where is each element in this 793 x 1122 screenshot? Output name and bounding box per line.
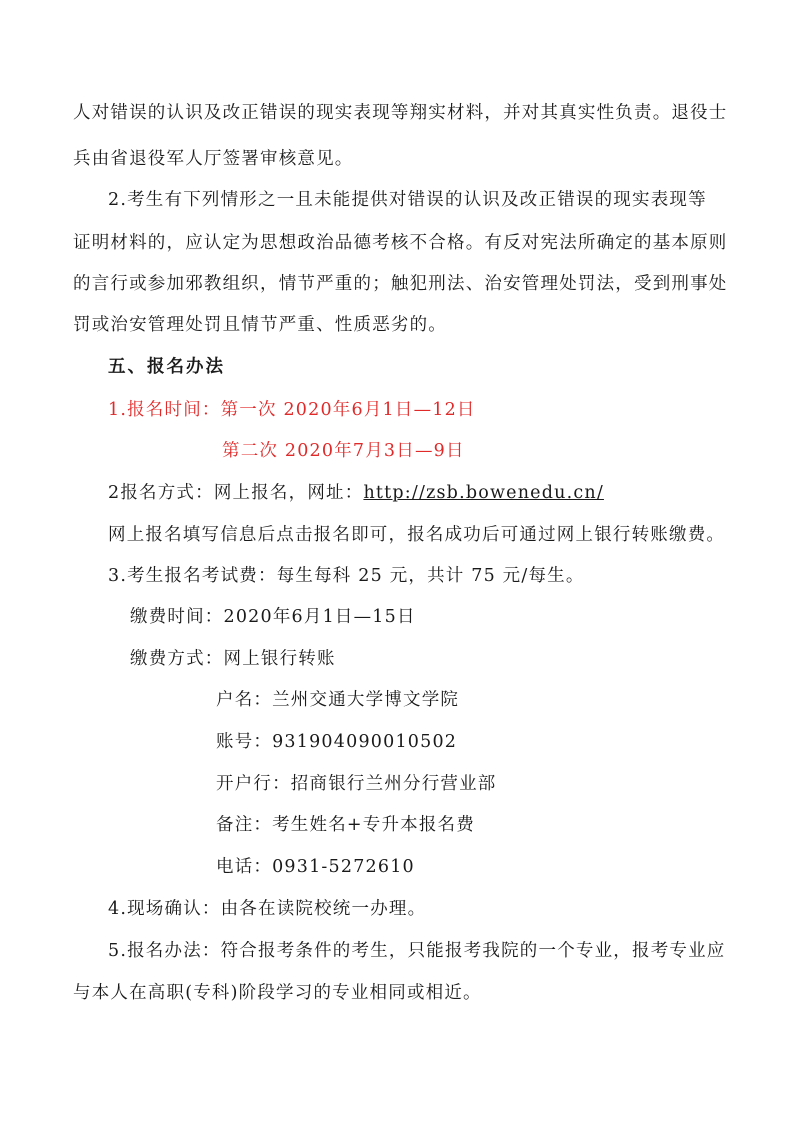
registration-time-first: 1.报名时间：第一次 2020年6月1日—12日 [108,398,476,422]
contact-phone: 电话：0931-5272610 [216,855,415,879]
payment-time: 缴费时间：2020年6月1日—15日 [130,605,416,629]
paragraph-line: 的言行或参加邪教组织，情节严重的；触犯刑法、治安管理处罚法，受到刑事处 [73,272,728,296]
method-line: 5.报名办法：符合报考条件的考生，只能报考我院的一个专业，报考专业应 [108,939,726,963]
registration-method-label: 2报名方式：网上报名，网址： [108,483,363,503]
document-page: 人对错误的认识及改正错误的现实表现等翔实材料，并对其真实性负责。退役士 兵由省退… [0,0,793,1122]
fee-line: 3.考生报名考试费：每生每科 25 元，共计 75 元/每生。 [108,564,585,588]
paragraph-line: 2.考生有下列情形之一且未能提供对错误的认识及改正错误的现实表现等 [108,188,707,212]
registration-note: 网上报名填写信息后点击报名即可，报名成功后可通过网上银行转账缴费。 [108,523,725,547]
registration-url-link[interactable]: http://zsb.bowenedu.cn/ [363,483,604,503]
method-line: 与本人在高职(专科)阶段学习的专业相同或相近。 [73,981,482,1005]
account-number: 账号：931904090010502 [216,730,457,754]
paragraph-line: 人对错误的认识及改正错误的现实表现等翔实材料，并对其真实性负责。退役士 [73,101,728,125]
registration-method: 2报名方式：网上报名，网址：http://zsb.bowenedu.cn/ [108,481,604,505]
account-name: 户名：兰州交通大学博文学院 [216,688,459,712]
bank-name: 开户行：招商银行兰州分行营业部 [216,772,497,796]
paragraph-line: 证明材料的，应认定为思想政治品德考核不合格。有反对宪法所确定的基本原则 [73,231,728,255]
paragraph-line: 罚或治安管理处罚且情节严重、性质恶劣的。 [73,313,447,337]
section-title: 五、报名办法 [108,355,225,379]
payment-method: 缴费方式：网上银行转账 [130,647,336,671]
paragraph-line: 兵由省退役军人厅签署审核意见。 [73,147,354,171]
payment-remark: 备注：考生姓名+专升本报名费 [216,813,475,837]
registration-time-second: 第二次 2020年7月3日—9日 [222,439,465,463]
onsite-confirm: 4.现场确认：由各在读院校统一办理。 [108,897,426,921]
